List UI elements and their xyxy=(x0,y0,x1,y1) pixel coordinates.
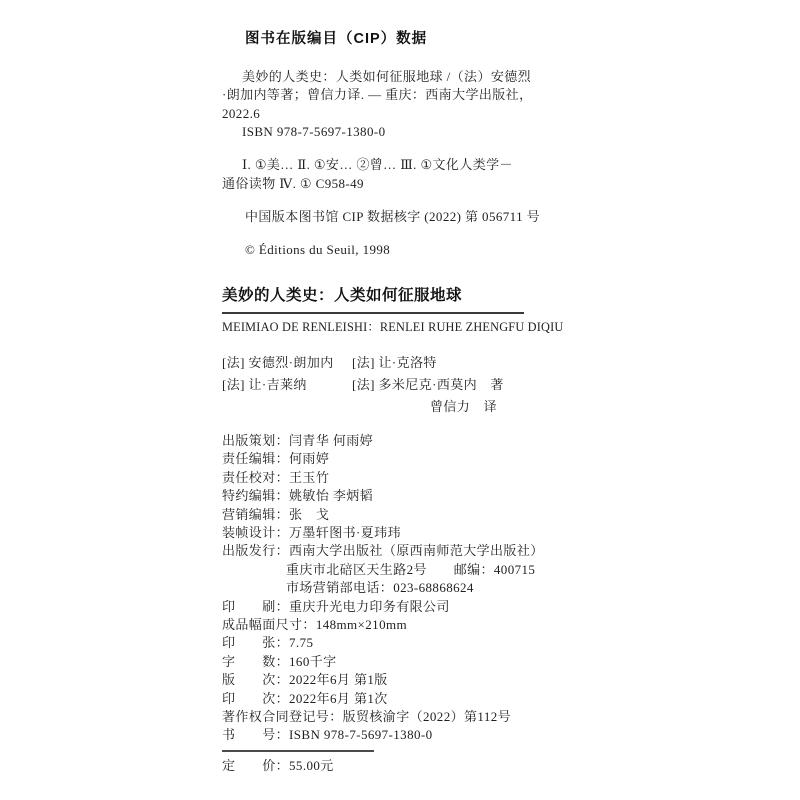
author-row: [法] 安德烈·朗加内 [法] 让·克洛特 xyxy=(222,352,582,374)
copyright-page-content: 图书在版编目（CIP）数据 美妙的人类史：人类如何征服地球 /（法）安德烈 ·朗… xyxy=(222,30,582,775)
colophon-value: 何雨婷 xyxy=(289,451,329,466)
colophon-block: 出版策划：闫青华 何雨婷 责任编辑：何雨婷 责任校对：王玉竹 特约编辑：姚敏怡 … xyxy=(222,432,582,775)
colophon-row: 印 次：2022年6月 第1次 xyxy=(222,690,582,708)
colophon-value: 张 戈 xyxy=(289,507,329,522)
price-label: 定 价： xyxy=(222,758,289,773)
colophon-value: 王玉竹 xyxy=(289,470,329,485)
colophon-label: 出版发行： xyxy=(222,543,289,558)
authors-block: [法] 安德烈·朗加内 [法] 让·克洛特 [法] 让·吉莱纳 [法] 多米尼克… xyxy=(222,352,582,418)
colophon-label: 责任编辑： xyxy=(222,451,289,466)
cip-isbn-line: ISBN 978-7-5697-1380-0 xyxy=(222,123,582,142)
colophon-row: 成品幅面尺寸：148mm×210mm xyxy=(222,616,582,634)
author-name: [法] 安德烈·朗加内 xyxy=(222,352,352,374)
colophon-row: 字 数：160千字 xyxy=(222,653,582,671)
copyright-notice: © Éditions du Seuil, 1998 xyxy=(222,241,582,260)
title-block: 美妙的人类史：人类如何征服地球 MEIMIAO DE RENLEISHI：REN… xyxy=(222,286,582,337)
cip-record-line: 2022.6 xyxy=(222,105,582,124)
colophon-value: 版贸核渝字（2022）第112号 xyxy=(343,709,511,724)
colophon-row: 书 号：ISBN 978-7-5697-1380-0 xyxy=(222,726,582,744)
author-name: [法] 让·克洛特 xyxy=(352,352,437,374)
colophon-label: 版 次： xyxy=(222,672,289,687)
cip-record-line: 美妙的人类史：人类如何征服地球 /（法）安德烈 xyxy=(222,68,582,87)
cip-record-block: 美妙的人类史：人类如何征服地球 /（法）安德烈 ·朗加内等著；曾信力译. — 重… xyxy=(222,68,582,142)
colophon-value: 姚敏怡 李炳韬 xyxy=(289,488,373,503)
colophon-row: 责任编辑：何雨婷 xyxy=(222,450,582,468)
author-name: [法] 让·吉莱纳 xyxy=(222,374,352,396)
colophon-label: 印 次： xyxy=(222,691,289,706)
colophon-label: 印 刷： xyxy=(222,599,289,614)
colophon-label: 出版策划： xyxy=(222,433,289,448)
cip-registration-line: 中国版本图书馆 CIP 数据核字 (2022) 第 056711 号 xyxy=(222,208,582,227)
colophon-label: 责任校对： xyxy=(222,470,289,485)
colophon-value: 重庆市北碚区天生路2号 邮编：400715 xyxy=(286,562,535,577)
colophon-label: 成品幅面尺寸： xyxy=(222,617,316,632)
colophon-row: 装帧设计：万墨轩图书·夏玮玮 xyxy=(222,524,582,542)
colophon-value: 万墨轩图书·夏玮玮 xyxy=(289,525,401,540)
colophon-row: 特约编辑：姚敏怡 李炳韬 xyxy=(222,487,582,505)
author-row: [法] 让·吉莱纳 [法] 多米尼克·西莫内 著 xyxy=(222,374,582,396)
price-divider xyxy=(222,750,374,752)
colophon-label: 营销编辑： xyxy=(222,507,289,522)
colophon-label: 书 号： xyxy=(222,727,289,742)
colophon-row: 市场营销部电话：023-68868624 xyxy=(222,579,582,597)
cip-classification-line: 通俗读物 Ⅳ. ① C958-49 xyxy=(222,175,582,194)
colophon-value: 160千字 xyxy=(289,654,337,669)
colophon-label: 特约编辑： xyxy=(222,488,289,503)
title-pinyin: MEIMIAO DE RENLEISHI：RENLEI RUHE ZHENGFU… xyxy=(222,318,582,337)
colophon-row: 著作权合同登记号：版贸核渝字（2022）第112号 xyxy=(222,708,582,726)
colophon-label: 装帧设计： xyxy=(222,525,289,540)
colophon-row: 出版策划：闫青华 何雨婷 xyxy=(222,432,582,450)
colophon-row: 印 刷：重庆升光电力印务有限公司 xyxy=(222,598,582,616)
colophon-value: 2022年6月 第1次 xyxy=(289,691,388,706)
colophon-value: 市场营销部电话：023-68868624 xyxy=(286,580,474,595)
book-copyright-page: 图书在版编目（CIP）数据 美妙的人类史：人类如何征服地球 /（法）安德烈 ·朗… xyxy=(0,0,800,800)
book-title: 美妙的人类史：人类如何征服地球 xyxy=(222,286,582,306)
colophon-value: 闫青华 何雨婷 xyxy=(289,433,373,448)
colophon-value: ISBN 978-7-5697-1380-0 xyxy=(289,727,433,742)
colophon-row: 版 次：2022年6月 第1版 xyxy=(222,671,582,689)
colophon-value: 重庆升光电力印务有限公司 xyxy=(289,599,450,614)
colophon-label: 字 数： xyxy=(222,654,289,669)
price-value: 55.00元 xyxy=(289,758,334,773)
colophon-label: 著作权合同登记号： xyxy=(222,709,343,724)
colophon-value: 西南大学出版社（原西南师范大学出版社） xyxy=(289,543,544,558)
cip-classification-line: Ⅰ. ①美… Ⅱ. ①安… ②曾… Ⅲ. ①文化人类学－ xyxy=(222,156,582,175)
colophon-row: 责任校对：王玉竹 xyxy=(222,469,582,487)
price-row: 定 价：55.00元 xyxy=(222,757,582,775)
colophon-row: 出版发行：西南大学出版社（原西南师范大学出版社） xyxy=(222,542,582,560)
colophon-row: 重庆市北碚区天生路2号 邮编：400715 xyxy=(222,561,582,579)
cip-heading: 图书在版编目（CIP）数据 xyxy=(222,30,582,49)
colophon-value: 2022年6月 第1版 xyxy=(289,672,388,687)
cip-record-line: ·朗加内等著；曾信力译. — 重庆：西南大学出版社， xyxy=(222,86,582,105)
colophon-row: 印 张：7.75 xyxy=(222,634,582,652)
colophon-value: 7.75 xyxy=(289,635,313,650)
cip-classification-block: Ⅰ. ①美… Ⅱ. ①安… ②曾… Ⅲ. ①文化人类学－ 通俗读物 Ⅳ. ① C… xyxy=(222,156,582,193)
author-name: [法] 多米尼克·西莫内 著 xyxy=(352,374,504,396)
title-divider xyxy=(222,312,524,314)
colophon-value: 148mm×210mm xyxy=(316,617,407,632)
colophon-row: 营销编辑：张 戈 xyxy=(222,506,582,524)
translator-credit: 曾信力 译 xyxy=(222,396,582,418)
colophon-label: 印 张： xyxy=(222,635,289,650)
